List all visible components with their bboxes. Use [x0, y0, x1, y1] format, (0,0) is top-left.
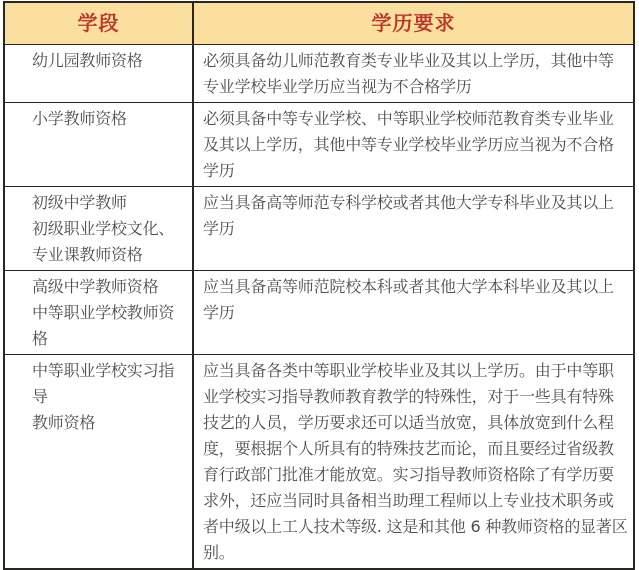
- requirement-cell: 应当具备各类中等职业学校毕业及其以上学历。由于中等职业学校实习指导教师教育教学的…: [194, 355, 633, 477]
- table-row: 小学教师资格 必须具备中等专业学校、中等职业学校师范教育类专业毕业及其以上学历，…: [5, 102, 633, 186]
- stage-cell: 幼儿园教师资格: [5, 45, 194, 102]
- table-row: 中等职业学校实习指导 教师资格 应当具备各类中等职业学校毕业及其以上学历。由于中…: [5, 354, 633, 477]
- table-row: 初级中学教师 初级职业学校文化、 专业课教师资格 应当具备高等师范专科学校或者其…: [5, 186, 633, 270]
- stage-cell: 高级中学教师资格 中等职业学校教师资格: [5, 271, 194, 354]
- table-row: 高级中学教师资格 中等职业学校教师资格 应当具备高等师范院校本科或者其他大学本科…: [5, 270, 633, 354]
- stage-cell: 中等职业学校实习指导 教师资格: [5, 355, 194, 477]
- column-header-stage: 学段: [5, 3, 194, 44]
- column-header-requirement: 学历要求: [194, 3, 633, 44]
- stage-cell: 小学教师资格: [5, 103, 194, 186]
- requirement-cell: 应当具备高等师范专科学校或者其他大学专科毕业及其以上学历: [194, 187, 633, 270]
- table-header-row: 学段 学历要求: [5, 3, 633, 44]
- requirement-cell: 必须具备幼儿师范教育类专业毕业及其以上学历，其他中等专业学校毕业学历应当视为不合…: [194, 45, 633, 102]
- requirement-cell: 应当具备高等师范院校本科或者其他大学本科毕业及其以上学历: [194, 271, 633, 354]
- table-row: 幼儿园教师资格 必须具备幼儿师范教育类专业毕业及其以上学历，其他中等专业学校毕业…: [5, 44, 633, 102]
- stage-cell: 初级中学教师 初级职业学校文化、 专业课教师资格: [5, 187, 194, 270]
- requirement-cell: 必须具备中等专业学校、中等职业学校师范教育类专业毕业及其以上学历，其他中等专业学…: [194, 103, 633, 186]
- teacher-qualification-table: 学段 学历要求 幼儿园教师资格 必须具备幼儿师范教育类专业毕业及其以上学历，其他…: [3, 1, 635, 477]
